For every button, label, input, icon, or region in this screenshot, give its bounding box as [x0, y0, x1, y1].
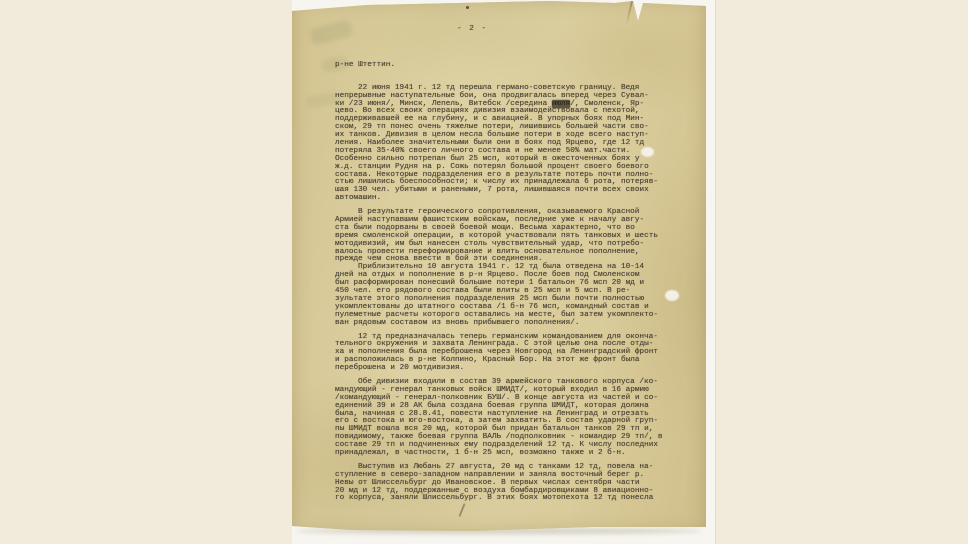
paragraph: 12 тд предназначалась теперь германским …: [335, 334, 677, 373]
text-line: шая 130 чел. убитыми и ранеными, 7 рота,…: [335, 187, 677, 195]
paragraph: Обе дивизии входили в состав 39 армейско…: [335, 379, 677, 458]
text-line: го корпуса, заняли Шлиссельбург. В этих …: [335, 495, 677, 503]
text-line: автомашин.: [335, 195, 677, 203]
paragraph: 22 июня 1941 г. 12 тд перешла германо-со…: [335, 85, 677, 203]
document-page: - 2 - р-не Штеттин. 22 июня 1941 г. 12 т…: [292, 0, 706, 533]
document-body: 22 июня 1941 г. 12 тд перешла германо-со…: [335, 85, 677, 504]
document-content: - 2 - р-не Штеттин. 22 июня 1941 г. 12 т…: [335, 26, 677, 503]
text-line: переброшена и 20 мотдивизия.: [335, 365, 677, 373]
paper-spot: [641, 147, 654, 157]
page-number: - 2 -: [457, 26, 677, 34]
opening-line: р-не Штеттин.: [335, 62, 677, 70]
scanner-background: - 2 - р-не Штеттин. 22 июня 1941 г. 12 т…: [292, 0, 716, 544]
paragraph: Выступив из Любань 27 августа, 20 мд с т…: [335, 464, 677, 503]
pencil-mark: [458, 503, 465, 517]
paper-tear-crease: [625, 1, 633, 26]
paragraph: Приблизительно 10 августа 1941 г. 12 тд …: [335, 264, 677, 327]
screenshot-root: { "colors": { "backdrop": "#f2ebdb", "sc…: [0, 0, 968, 544]
text-line: принадлежал, в частности, 1 б-н 25 мсп, …: [335, 450, 677, 458]
paper-spot: [665, 290, 679, 301]
paragraph: В результате героического сопротивления,…: [335, 209, 677, 264]
text-line: ван рядовым составом из вновь прибывшего…: [335, 320, 677, 328]
paper-speck: [466, 6, 469, 9]
